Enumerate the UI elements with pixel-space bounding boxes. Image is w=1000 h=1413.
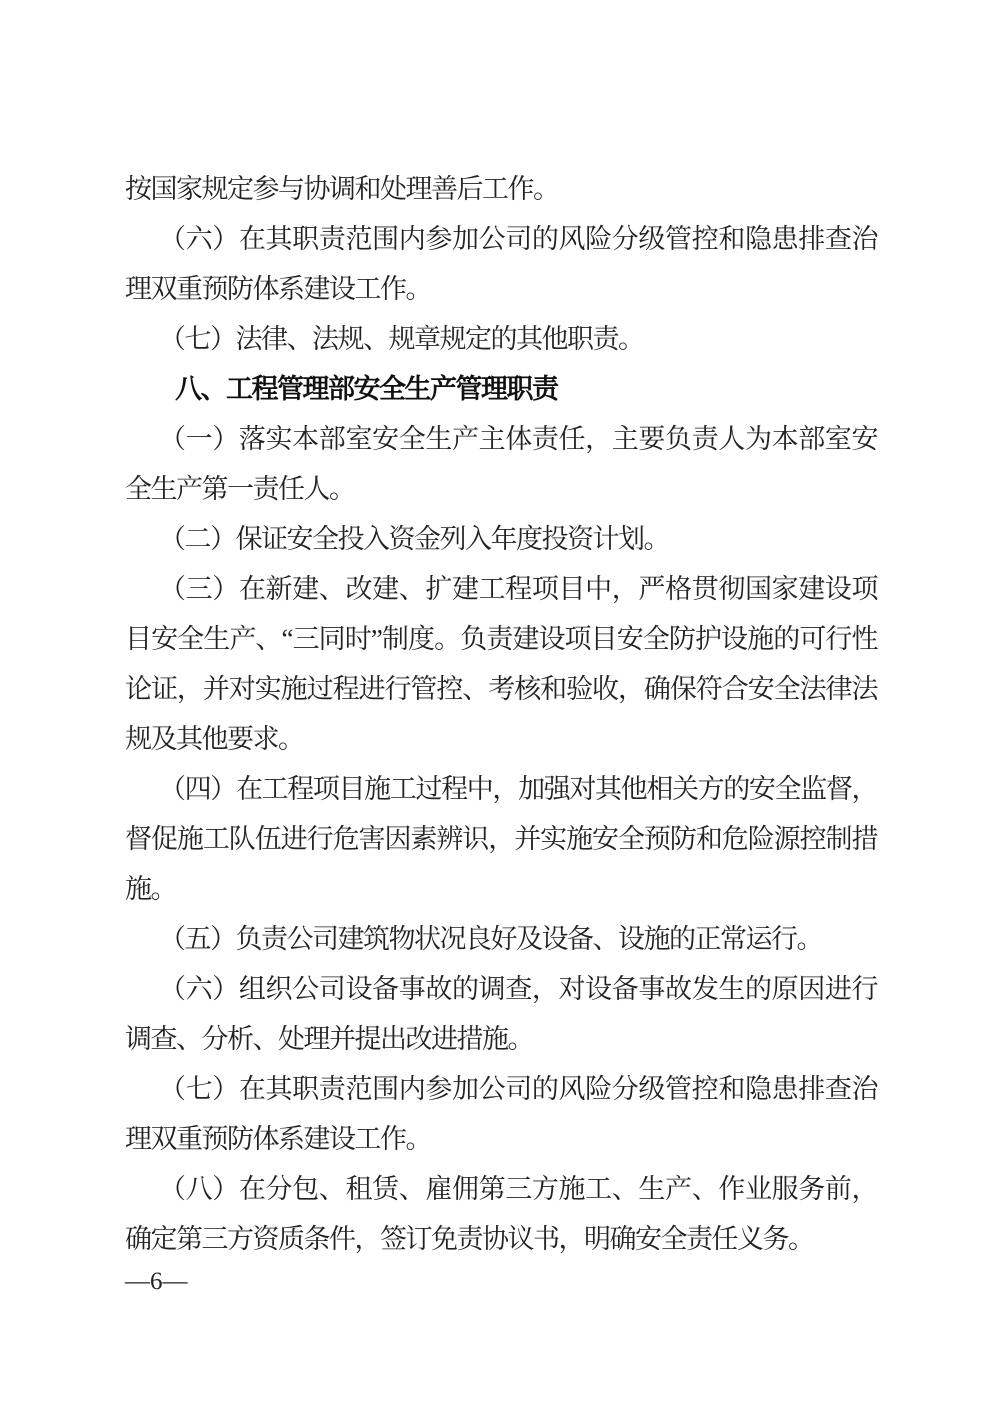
- text-line: （五）负责公司建筑物状况良好及设备、设施的正常运行。: [125, 914, 877, 964]
- text-line: 全生产第一责任人。: [125, 464, 877, 514]
- text-line: 规及其他要求。: [125, 714, 877, 764]
- document-page: 按国家规定参与协调和处理善后工作。 （六）在其职责范围内参加公司的风险分级管控和…: [0, 0, 1000, 1413]
- text-line: （六）组织公司设备事故的调查，对设备事故发生的原因进行: [125, 964, 877, 1014]
- text-line: 理双重预防体系建设工作。: [125, 1114, 877, 1164]
- text-line: 理双重预防体系建设工作。: [125, 264, 877, 314]
- text-line: 目安全生产、“三同时”制度。负责建设项目安全防护设施的可行性: [125, 614, 877, 664]
- text-line: （七）在其职责范围内参加公司的风险分级管控和隐患排查治: [125, 1064, 877, 1114]
- page-number: —6—: [125, 1266, 188, 1298]
- text-line: （八）在分包、租赁、雇佣第三方施工、生产、作业服务前，: [125, 1164, 877, 1214]
- text-line: 论证，并对实施过程进行管控、考核和验收，确保符合安全法律法: [125, 664, 877, 714]
- text-line: 按国家规定参与协调和处理善后工作。: [125, 164, 877, 214]
- text-line: 调查、分析、处理并提出改进措施。: [125, 1014, 877, 1064]
- text-line: （二）保证安全投入资金列入年度投资计划。: [125, 514, 877, 564]
- document-body: 按国家规定参与协调和处理善后工作。 （六）在其职责范围内参加公司的风险分级管控和…: [125, 164, 877, 1264]
- text-line: （三）在新建、改建、扩建工程项目中，严格贯彻国家建设项: [125, 564, 877, 614]
- text-line: （一）落实本部室安全生产主体责任，主要负责人为本部室安: [125, 414, 877, 464]
- text-line: 确定第三方资质条件，签订免责协议书，明确安全责任义务。: [125, 1214, 877, 1264]
- text-line: （六）在其职责范围内参加公司的风险分级管控和隐患排查治: [125, 214, 877, 264]
- text-line: 施。: [125, 864, 877, 914]
- section-heading: 八、工程管理部安全生产管理职责: [125, 364, 877, 414]
- text-line: （七）法律、法规、规章规定的其他职责。: [125, 314, 877, 364]
- text-line: （四）在工程项目施工过程中，加强对其他相关方的安全监督，: [125, 764, 877, 814]
- text-line: 督促施工队伍进行危害因素辨识，并实施安全预防和危险源控制措: [125, 814, 877, 864]
